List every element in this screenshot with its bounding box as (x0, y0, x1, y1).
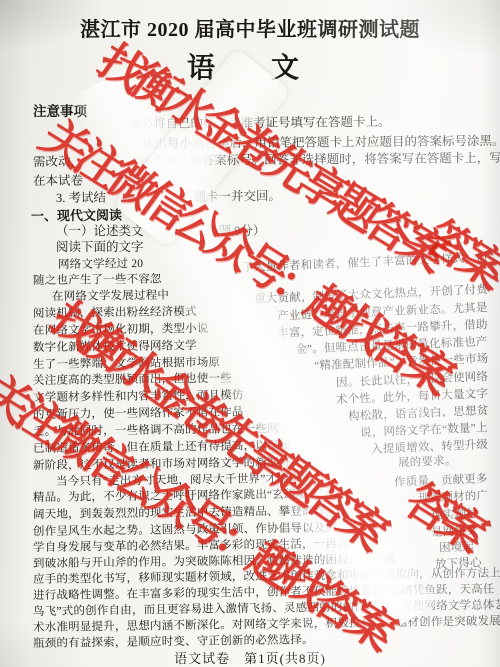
passage-line-left: 文学题材多样性和内容丰富性，而且模仿 (33, 386, 244, 405)
passage-line-right: 展的要求。 (397, 452, 456, 470)
notice-line: 在本试卷 (33, 171, 83, 189)
passage-line-left: 网络文学经过 20 (58, 255, 143, 272)
passage-line-left: 随之也产生了一些不容忽 (33, 270, 162, 288)
passage-line-right: 了大量作者和读者，催生了丰富的文学样式，但 (242, 249, 488, 275)
passage-line-right: 现实题材 (431, 505, 478, 523)
passage-line-left: 关注度高的类型脱颖而出，但也使一些 (33, 370, 232, 388)
page-footer: 语文试卷 第1页(共8页) (0, 648, 500, 667)
passage-line-left: 在网络文学市场化初期，类型小说 (33, 320, 209, 338)
reading-prompt: 阅读下面的文字 (56, 237, 144, 255)
passage-line-left: 阅读机制，探索出粉丝经济模式 (33, 303, 197, 321)
passage-line-left: 数字化新媒体技术使得网络文学 (33, 337, 197, 355)
passage-line-left: 在网络文学发展过程中 (52, 287, 169, 304)
passage-line-right: 现实题材的广 (418, 487, 489, 506)
passage-line-left: 的更新压力，使一些网络作家不惜在作品 (33, 403, 244, 422)
exam-title: 湛江市 2020 届高中毕业班调研测试题 (0, 13, 500, 42)
scanned-exam-page: 湛江市 2020 届高中毕业班调研测试题 语 文 注意事项 务必将自己的姓名和准… (0, 0, 500, 667)
passage-line-right: 困境起 (439, 538, 475, 555)
